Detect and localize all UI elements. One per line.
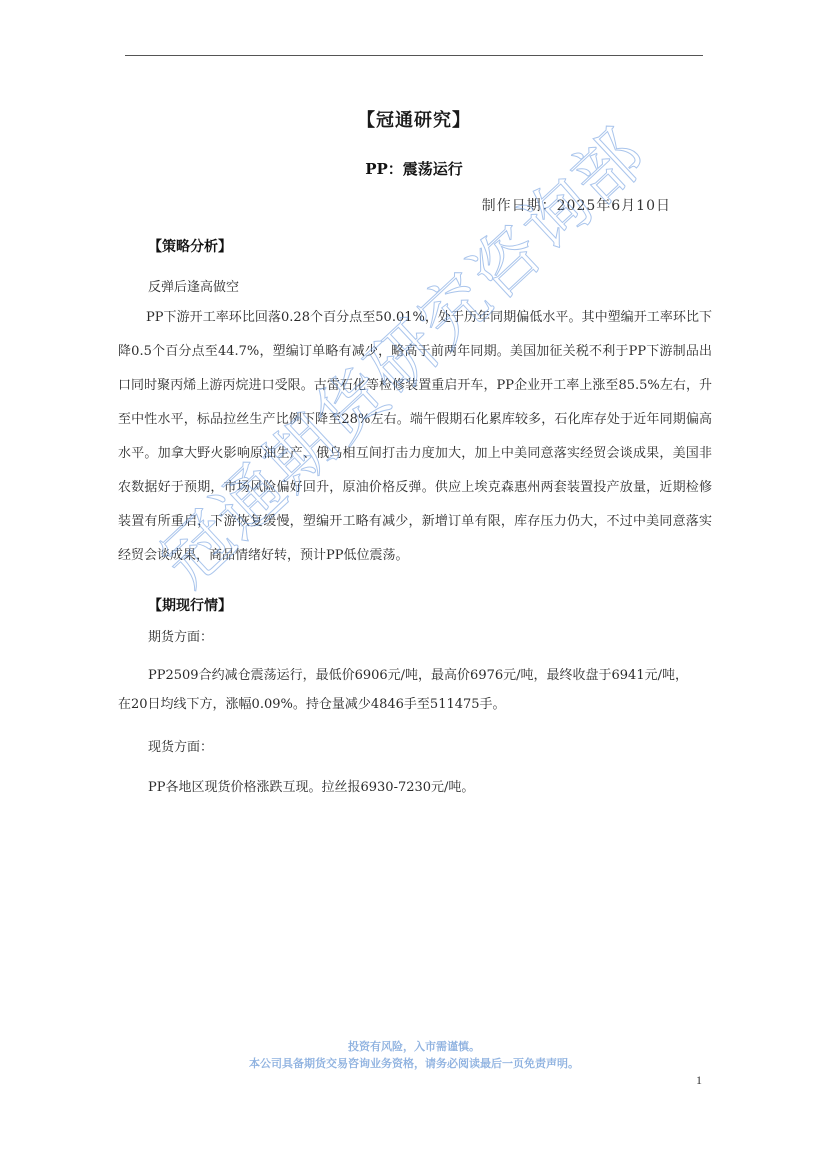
section-heading-strategy: 【策略分析】 [148, 236, 232, 256]
document-brand: 【冠通研究】 [0, 106, 828, 132]
document-title: PP：震荡运行 [0, 158, 828, 179]
strategy-body: PP下游开工率环比回落0.28个百分点至50.01%，处于历年同期偏低水平。其中… [118, 301, 712, 573]
spot-label: 现货方面： [148, 736, 213, 755]
strategy-summary: 反弹后逢高做空 [148, 276, 239, 295]
strategy-body-text: PP下游开工率环比回落0.28个百分点至50.01%，处于历年同期偏低水平。其中… [118, 310, 712, 563]
futures-label: 期货方面： [148, 626, 213, 645]
footer-risk-warning: 投资有风险，入市需谨慎。 [0, 1038, 828, 1054]
futures-line-2: 在20日均线下方，涨幅0.09%。持仓量减少4846手至511475手。 [118, 693, 506, 712]
document-date: 制作日期：2025年6月10日 [482, 195, 671, 215]
footer-disclaimer: 本公司具备期货交易咨询业务资格，请务必阅读最后一页免责声明。 [0, 1055, 828, 1071]
header-rule [125, 55, 703, 56]
document-page: 【冠通研究】 PP：震荡运行 制作日期：2025年6月10日 【策略分析】 反弹… [0, 0, 828, 1170]
section-heading-market: 【期现行情】 [148, 595, 232, 615]
futures-line-1: PP2509合约减仓震荡运行，最低价6906元/吨，最高价6976元/吨，最终收… [148, 664, 688, 683]
spot-text: PP各地区现货价格涨跌互现。拉丝报6930-7230元/吨。 [148, 776, 474, 795]
page-number: 1 [696, 1073, 702, 1088]
